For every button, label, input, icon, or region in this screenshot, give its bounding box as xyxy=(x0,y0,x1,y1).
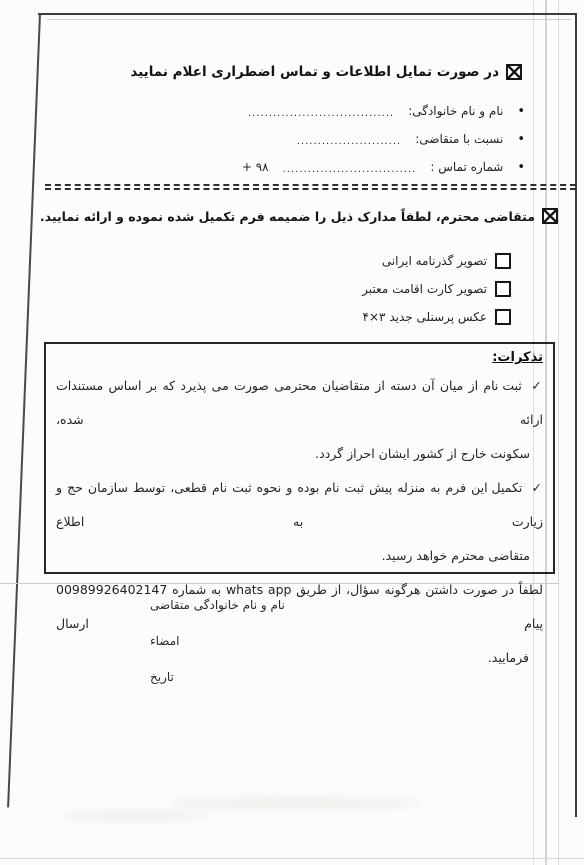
empty-checkbox[interactable] xyxy=(495,309,511,325)
bullet-icon: • xyxy=(517,133,525,146)
remarks-title: تذکرات: xyxy=(56,347,543,369)
signature-label: امضاء xyxy=(150,633,285,649)
documents-section-heading: متقاضی محترم، لطفاً مدارک ذیل را ضمیمه ف… xyxy=(40,208,558,224)
scan-smudge xyxy=(60,812,210,820)
check-mark-icon: ✓ xyxy=(531,378,543,393)
remarks-box: تذکرات: ✓ ثبت نام از میان آن دسته از متق… xyxy=(44,342,555,574)
documents-heading-label: متقاضی محترم، لطفاً مدارک ذیل را ضمیمه ف… xyxy=(40,209,535,224)
bullet-icon: • xyxy=(517,105,525,118)
section-divider xyxy=(45,184,576,190)
checklist-item-passport: تصویر گذرنامه ایرانی xyxy=(362,247,511,275)
checked-checkbox-icon[interactable] xyxy=(506,64,522,80)
emergency-section-heading: در صورت تمایل اطلاعات و تماس اضطراری اعل… xyxy=(130,64,522,80)
emergency-fields-list: • نام و نام خانوادگی: ..................… xyxy=(242,97,525,181)
remark-2-line-1: ✓ تکمیل این فرم به منزله پیش ثبت نام بود… xyxy=(56,471,543,539)
phone-country-code: ۹۸ + xyxy=(242,160,269,174)
full-name-label: نام و نام خانوادگی: xyxy=(408,104,503,118)
signature-block: نام و نام خانوادگی متقاضی امضاء تاریخ xyxy=(150,597,285,705)
remark-1-text: ثبت نام از میان آن دسته از متقاضیان محتر… xyxy=(56,378,543,427)
list-item-phone: • شماره تماس : .........................… xyxy=(242,153,525,181)
whatsapp-note-line-2: فرمایید. xyxy=(56,641,543,675)
passport-copy-label: تصویر گذرنامه ایرانی xyxy=(382,254,487,268)
remark-2-text: تکمیل این فرم به منزله پیش ثبت نام بوده … xyxy=(56,480,543,529)
checklist-item-photo: عکس پرسنلی جدید ۳×۴ xyxy=(362,303,511,331)
page-border-right xyxy=(575,13,577,817)
remark-2-line-2: متقاضی محترم خواهد رسید. xyxy=(56,539,543,573)
residence-card-label: تصویر کارت اقامت معتبر xyxy=(362,282,487,296)
list-item-full-name: • نام و نام خانوادگی: ..................… xyxy=(242,97,525,125)
page-border-left xyxy=(7,13,41,807)
full-name-blank-field[interactable]: ................................... xyxy=(248,108,394,119)
personal-photo-label: عکس پرسنلی جدید ۳×۴ xyxy=(363,310,487,324)
list-item-relation: • نسبت با متقاضی: ......................… xyxy=(242,125,525,153)
bullet-icon: • xyxy=(517,161,525,174)
check-mark-icon: ✓ xyxy=(531,480,543,495)
scan-fold-line xyxy=(558,0,559,865)
documents-checklist: تصویر گذرنامه ایرانی تصویر کارت اقامت مع… xyxy=(362,247,511,331)
scanned-form-page: { "icons": { "check": "✓", "bullet": "•"… xyxy=(0,0,584,865)
relation-blank-field[interactable]: ......................... xyxy=(297,136,401,147)
relation-label: نسبت با متقاضی: xyxy=(415,132,503,146)
whatsapp-note-line-1: لطفاً در صورت داشتن هرگونه سؤال، از طریق… xyxy=(56,573,543,641)
phone-label: شماره تماس : xyxy=(430,160,503,174)
emergency-heading-label: در صورت تمایل اطلاعات و تماس اضطراری اعل… xyxy=(130,64,499,80)
checklist-item-residence-card: تصویر کارت اقامت معتبر xyxy=(362,275,511,303)
date-label: تاریخ xyxy=(150,669,285,685)
remark-1-line-2: سکونت خارج از کشور ایشان احراز گردد. xyxy=(56,437,543,471)
scan-smudge xyxy=(170,798,420,808)
remark-1-line-1: ✓ ثبت نام از میان آن دسته از متقاضیان مح… xyxy=(56,369,543,437)
page-bottom-edge xyxy=(0,858,584,859)
applicant-name-label: نام و نام خانوادگی متقاضی xyxy=(150,597,285,613)
empty-checkbox[interactable] xyxy=(495,253,511,269)
page-border-top xyxy=(38,13,577,15)
phone-blank-field[interactable]: ................................ xyxy=(283,164,417,175)
page-border-top-shadow xyxy=(47,19,571,20)
empty-checkbox[interactable] xyxy=(495,281,511,297)
checked-checkbox-icon[interactable] xyxy=(542,208,558,224)
